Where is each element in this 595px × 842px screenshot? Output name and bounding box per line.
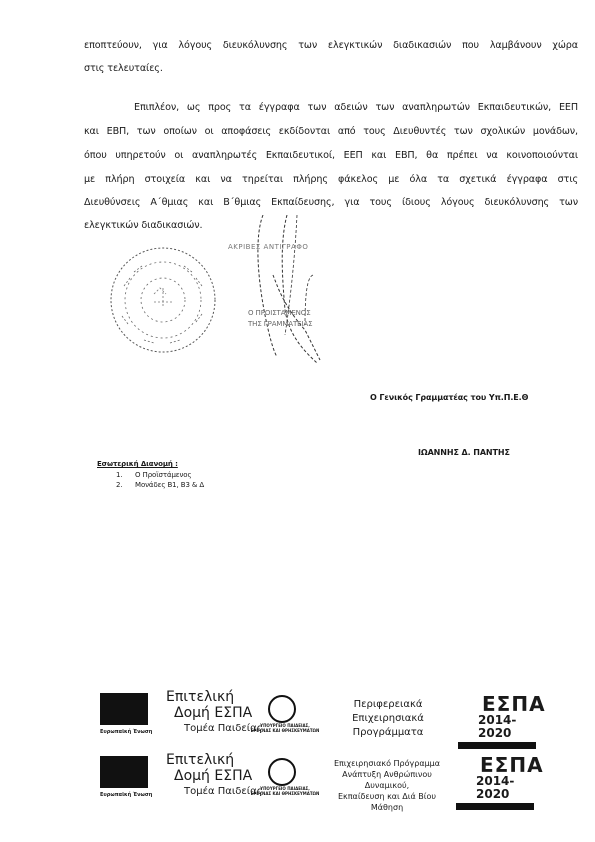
structure-line-2-text: Δομή ΕΣΠΑ	[174, 768, 252, 784]
eu-caption: Ευρωπαϊκή Ένωση	[100, 729, 150, 735]
eu-flag-icon	[100, 693, 148, 725]
eu-caption: Ευρωπαϊκή Ένωση	[100, 792, 150, 798]
body-line: Διευθύνσεις Α΄θμιας και Β΄θμιας Εκπαίδευ…	[84, 197, 578, 208]
structure-line-1: Επιτελική	[162, 689, 263, 705]
program-title: Περιφερειακά Επιχειρησιακά Προγράμματα	[328, 698, 448, 740]
espa-years: 2014-2020	[456, 775, 544, 801]
structure-sector: Τομέα Παιδείας	[162, 721, 263, 737]
greek-emblem-icon	[268, 758, 296, 786]
structure-line-2-text: Δομή ΕΣΠΑ	[174, 705, 252, 721]
body-line: όπου υπηρετούν οι αναπληρωτές Εκπαιδευτι…	[84, 150, 578, 161]
program-title-line: Επιχειρησιακό Πρόγραμμα	[322, 758, 452, 769]
signatory-title: Ο Γενικός Γραμματέας του Υπ.Π.Ε.Θ	[370, 393, 528, 402]
body-line: και ΕΒΠ, των οποίων οι αποφάσεις εκδίδον…	[84, 126, 578, 137]
body-line: εποπτεύουν, για λόγους διευκόλυνσης των …	[84, 40, 578, 51]
attestation-header: ΑΚΡΙΒΕΣ ΑΝΤΙΓΡΑΦΟ	[228, 243, 308, 251]
signature-icon	[225, 215, 345, 365]
signatory-name: ΙΩΑΝΝΗΣ Δ. ΠΑΝΤΗΣ	[418, 448, 510, 457]
espa-years: 2014-2020	[458, 714, 546, 740]
espa-bar	[458, 742, 536, 749]
greek-emblem-icon	[268, 695, 296, 723]
body-line: Επιπλέον, ως προς τα έγγραφα των αδειών …	[134, 102, 578, 113]
structure-line-2: Δομή ΕΣΠΑ	[162, 768, 263, 784]
structure-sector: Τομέα Παιδείας	[162, 784, 263, 800]
espa-logo: ΕΣΠΑ 2014-2020	[456, 755, 544, 810]
attestation-role: Ο ΠΡΟΙΣΤΑΜΕΝΟΣ	[248, 309, 311, 317]
structure-line-2: Δομή ΕΣΠΑ	[162, 705, 263, 721]
body-line: ελεγκτικών διαδικασιών.	[84, 220, 203, 231]
distribution-item-number: 1.	[116, 471, 122, 479]
attestation-role: ΤΗΣ ΓΡΑΜΜΑΤΕΙΑΣ	[248, 320, 312, 328]
distribution-heading: Εσωτερική Διανομή :	[97, 460, 178, 468]
body-line: στις τελευταίες.	[84, 63, 163, 74]
espa-structure-logo: Επιτελική Δομή ΕΣΠΑ Τομέα Παιδείας	[162, 689, 263, 737]
program-title: Επιχειρησιακό Πρόγραμμα Ανάπτυξη Ανθρώπι…	[322, 758, 452, 813]
footer-logos-row-2: Ευρωπαϊκή Ένωση Επιτελική Δομή ΕΣΠΑ Τομέ…	[100, 752, 520, 804]
distribution-item: Ο Προϊστάμενος	[135, 471, 192, 479]
body-line: με πλήρη στοιχεία και να τηρείται πλήρης…	[84, 174, 578, 185]
ministry-caption: ΥΠΟΥΡΓΕΙΟ ΠΑΙΔΕΙΑΣ, ΕΡΕΥΝΑΣ ΚΑΙ ΘΡΗΣΚΕΥΜ…	[250, 786, 320, 796]
espa-logo: ΕΣΠΑ 2014-2020	[458, 694, 546, 749]
program-title-line: Ανάπτυξη Ανθρώπινου Δυναμικού,	[322, 769, 452, 791]
structure-line-1: Επιτελική	[162, 752, 263, 768]
espa-title: ΕΣΠΑ	[456, 755, 544, 775]
ministry-caption: ΥΠΟΥΡΓΕΙΟ ΠΑΙΔΕΙΑΣ, ΕΡΕΥΝΑΣ ΚΑΙ ΘΡΗΣΚΕΥΜ…	[250, 723, 320, 733]
program-title-line: Εκπαίδευση και Διά Βίου Μάθηση	[322, 791, 452, 813]
espa-bar	[456, 803, 534, 810]
official-stamp-icon	[104, 246, 222, 354]
program-title-line: Περιφερειακά	[328, 698, 448, 712]
espa-structure-logo: Επιτελική Δομή ΕΣΠΑ Τομέα Παιδείας	[162, 752, 263, 800]
distribution-item-number: 2.	[116, 481, 122, 489]
distribution-item: Μονάδες Β1, Β3 & Δ	[135, 481, 204, 489]
eu-flag-icon	[100, 756, 148, 788]
espa-title: ΕΣΠΑ	[458, 694, 546, 714]
footer-logos-row-1: Ευρωπαϊκή Ένωση Επιτελική Δομή ΕΣΠΑ Τομέ…	[100, 689, 520, 741]
program-title-line: Επιχειρησιακά Προγράμματα	[328, 712, 448, 740]
